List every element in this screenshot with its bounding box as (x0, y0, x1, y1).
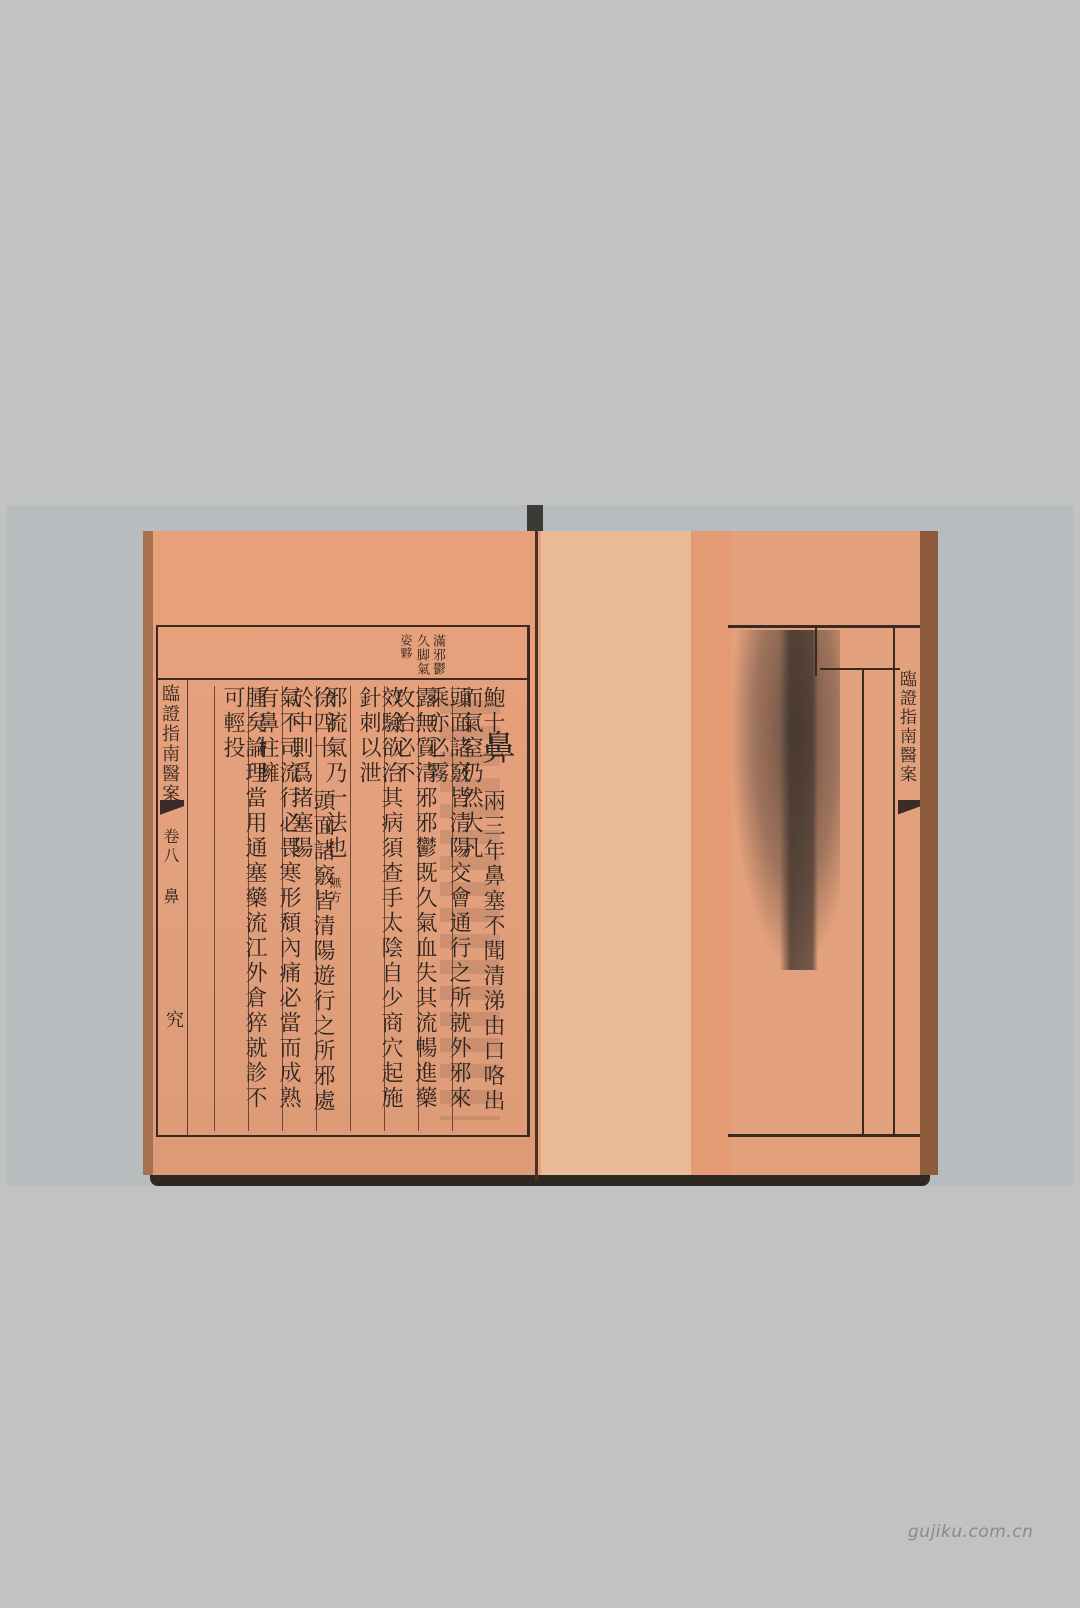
header-note-line3: 姿夥 (398, 634, 415, 660)
frame-rule (815, 626, 817, 676)
fishtail-mark-icon (898, 800, 920, 818)
section-label: 鼻 (161, 888, 180, 907)
left-margin-book-title: 臨證指南醫案 (160, 684, 178, 804)
book-fore-edge (920, 531, 938, 1175)
woodblock-illustration (730, 630, 840, 970)
fishtail-mark-icon (160, 800, 184, 818)
book-gutter (535, 531, 538, 1181)
header-rule (156, 678, 530, 680)
column-text: 效驗欲治其病須查手太陰自少商穴起施針刺以泄 (357, 686, 401, 1131)
frame-rule (862, 670, 864, 1135)
left-margin-volume: 卷八 鼻 (162, 828, 178, 907)
left-page-number: 究 (164, 1010, 182, 1031)
text-column-4: 效驗欲治其病須查手太陰自少商穴起施針刺以泄 (350, 686, 351, 1131)
paper-strip (691, 531, 731, 1175)
volume-label: 卷八 (161, 828, 180, 866)
column-text: 腫矣論理當用通塞藥流江外倉猝就診不可輕投 (221, 686, 265, 1131)
header-rule (820, 668, 900, 670)
text-column-8: 腫矣論理當用通塞藥流江外倉猝就診不可輕投 (214, 686, 215, 1131)
spine-marker (527, 505, 543, 533)
site-watermark: gujiku.com.cn (908, 1522, 1033, 1542)
right-margin-book-title: 臨證指南醫案 (897, 670, 914, 784)
frame-rule (893, 626, 895, 1136)
blank-protective-leaf (541, 531, 691, 1175)
